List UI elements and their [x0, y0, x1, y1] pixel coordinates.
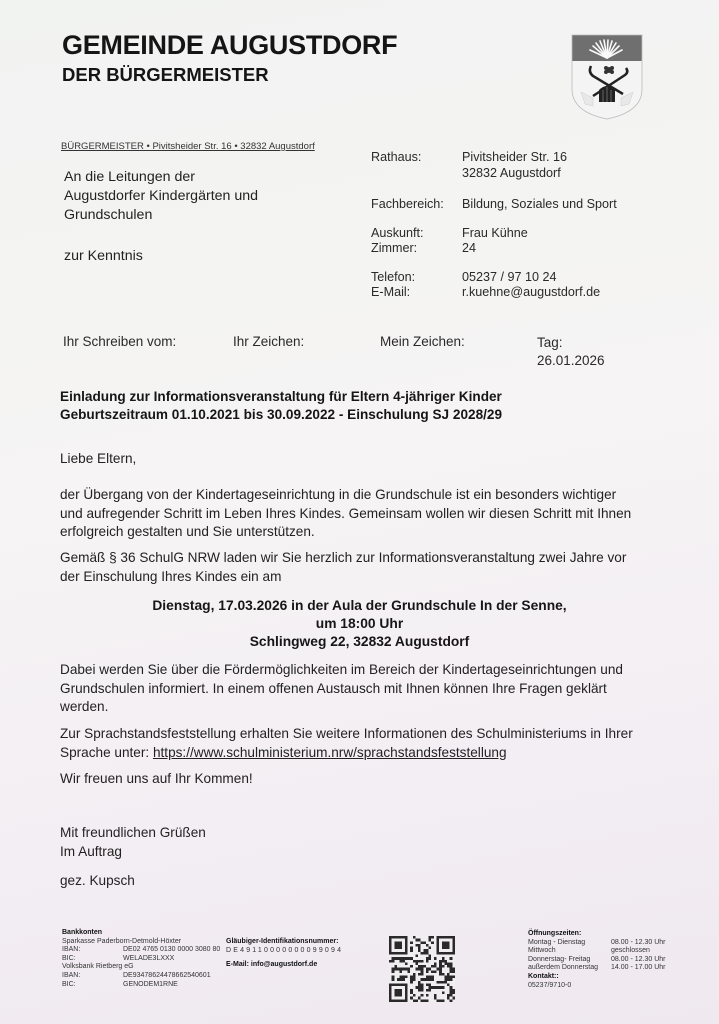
- sender-return-address: BÜRGERMEISTER • Pivitsheider Str. 16 • 3…: [61, 141, 315, 152]
- bic-label: BIC:: [62, 955, 123, 964]
- hours-day: Mittwoch: [528, 947, 611, 956]
- hours-table: Montag - Dienstag08.00 - 12.30 UhrMittwo…: [528, 939, 665, 973]
- text-line: und aufregender Schritt im Leben Ihres K…: [60, 505, 700, 524]
- telefon-label: Telefon:: [371, 270, 462, 286]
- rathaus-label: Rathaus:: [371, 150, 462, 166]
- contact-title: Kontakt::: [528, 973, 559, 980]
- on-behalf: Im Auftrag: [60, 843, 700, 862]
- recipient-line: Augustdorfer Kindergärten und: [64, 187, 258, 206]
- text-line: erfolgreich gestalten und Sie unterstütz…: [60, 523, 700, 542]
- text-line: der Einschulung Ihres Kindes ein am: [60, 568, 700, 587]
- auskunft-label: Auskunft:: [371, 226, 462, 242]
- paragraph-invitation: Gemäß § 36 SchulG NRW laden wir Sie herz…: [60, 549, 700, 586]
- hours-day: Montag - Dienstag: [528, 939, 611, 948]
- email-label: E-Mail:: [371, 285, 462, 301]
- footer-email: E-Mail: info@augustdorf.de: [226, 961, 317, 968]
- text-line: Grundschulen informiert. In einem offene…: [60, 680, 700, 699]
- event-time: um 18:00 Uhr: [0, 615, 719, 633]
- footer-opening-hours: Öffnungszeiten: Montag - Dienstag08.00 -…: [528, 930, 665, 990]
- closing-greeting: Mit freundlichen Grüßen: [60, 824, 700, 843]
- closing-block: Mit freundlichen Grüßen Im Auftrag: [60, 824, 700, 861]
- signature: gez. Kupsch: [60, 872, 700, 891]
- footer-bank-accounts: Bankkonten Sparkasse Paderborn-Detmold-H…: [62, 929, 220, 989]
- bank-name: Volksbank Rietberg eG: [62, 963, 220, 972]
- ref-ihr-zeichen: Ihr Zeichen:: [233, 334, 304, 349]
- hours-day: außerdem Donnerstag: [528, 964, 611, 973]
- footer-creditor: Gläubiger-Identifikationsnummer: DE49110…: [226, 938, 343, 970]
- contact-info-block: Rathaus:Pivitsheider Str. 16 32832 Augus…: [371, 150, 617, 317]
- ref-date-block: Tag: 26.01.2026: [537, 334, 605, 370]
- telefon-value: 05237 / 97 10 24: [462, 270, 557, 286]
- iban-value: DE93478624478662540601: [123, 972, 220, 981]
- text-line: der Übergang von der Kindertageseinricht…: [60, 486, 700, 505]
- closing-wish: Wir freuen uns auf Ihr Kommen!: [60, 770, 700, 789]
- fachbereich-label: Fachbereich:: [371, 197, 462, 213]
- hours-time: 08.00 - 12.30 Uhr: [611, 956, 665, 965]
- link-prefix: Sprache unter:: [60, 745, 153, 760]
- rathaus-city: 32832 Augustdorf: [462, 166, 561, 182]
- office-subtitle: DER BÜRGERMEISTER: [62, 64, 269, 86]
- rathaus-street: Pivitsheider Str. 16: [462, 150, 567, 166]
- paragraph-details: Dabei werden Sie über die Fördermöglichk…: [60, 661, 700, 717]
- creditor-id: DE49110000000099094: [226, 947, 343, 956]
- recipient-note: zur Kenntnis: [64, 247, 258, 266]
- creditor-title: Gläubiger-Identifikationsnummer:: [226, 938, 338, 945]
- date-label: Tag:: [537, 334, 605, 352]
- paragraph-intro: der Übergang von der Kindertageseinricht…: [60, 486, 700, 542]
- iban-label: IBAN:: [62, 946, 123, 955]
- recipient-line: Grundschulen: [64, 206, 258, 225]
- paragraph-language: Zur Sprachstandsfeststellung erhalten Si…: [60, 725, 700, 762]
- recipient-block: An die Leitungen der Augustdorfer Kinder…: [64, 168, 258, 266]
- municipality-title: GEMEINDE AUGUSTDORF: [62, 30, 397, 61]
- hours-title: Öffnungszeiten:: [528, 930, 581, 937]
- text-line: Dabei werden Sie über die Fördermöglichk…: [60, 661, 700, 680]
- subject-heading: Einladung zur Informationsveranstaltung …: [60, 388, 502, 424]
- auskunft-value: Frau Kühne: [462, 226, 528, 242]
- hours-time: 14.00 - 17.00 Uhr: [611, 964, 665, 973]
- text-line: werden.: [60, 698, 700, 717]
- iban-label: IBAN:: [62, 972, 123, 981]
- qr-code-icon: [389, 936, 455, 1002]
- bank-name: Sparkasse Paderborn-Detmold-Höxter: [62, 938, 220, 947]
- salutation: Liebe Eltern,: [60, 450, 700, 469]
- event-address: Schlingweg 22, 32832 Augustdorf: [0, 633, 719, 651]
- text-line: Gemäß § 36 SchulG NRW laden wir Sie herz…: [60, 549, 700, 568]
- bank-title: Bankkonten: [62, 929, 102, 936]
- date-value: 26.01.2026: [537, 352, 605, 370]
- event-date-venue: Dienstag, 17.03.2026 in der Aula der Gru…: [0, 597, 719, 615]
- text-line: Sprache unter: https://www.schulminister…: [60, 744, 700, 763]
- subject-line: Geburtszeitraum 01.10.2021 bis 30.09.202…: [60, 406, 502, 424]
- iban-value: DE02 4765 0130 0000 3080 80: [123, 946, 220, 955]
- text-line: Zur Sprachstandsfeststellung erhalten Si…: [60, 725, 700, 744]
- fachbereich-value: Bildung, Soziales und Sport: [462, 197, 617, 213]
- bic-label: BIC:: [62, 981, 123, 990]
- coat-of-arms-icon: [571, 34, 643, 120]
- event-details: Dienstag, 17.03.2026 in der Aula der Gru…: [0, 597, 719, 651]
- ministry-link[interactable]: https://www.schulministerium.nrw/sprachs…: [153, 745, 507, 760]
- ref-mein-zeichen: Mein Zeichen:: [380, 334, 465, 349]
- ref-ihr-schreiben: Ihr Schreiben vom:: [63, 334, 176, 349]
- subject-line: Einladung zur Informationsveranstaltung …: [60, 388, 502, 406]
- zimmer-label: Zimmer:: [371, 241, 462, 257]
- recipient-line: An die Leitungen der: [64, 168, 258, 187]
- hours-time: geschlossen: [611, 947, 665, 956]
- bic-value: WELADE3LXXX: [123, 955, 220, 964]
- email-value: r.kuehne@augustdorf.de: [462, 285, 600, 301]
- contact-phone: 05237/9710-0: [528, 982, 665, 991]
- hours-time: 08.00 - 12.30 Uhr: [611, 939, 665, 948]
- hours-day: Donnerstag- Freitag: [528, 956, 611, 965]
- bic-value: GENODEM1RNE: [123, 981, 220, 990]
- zimmer-value: 24: [462, 241, 476, 257]
